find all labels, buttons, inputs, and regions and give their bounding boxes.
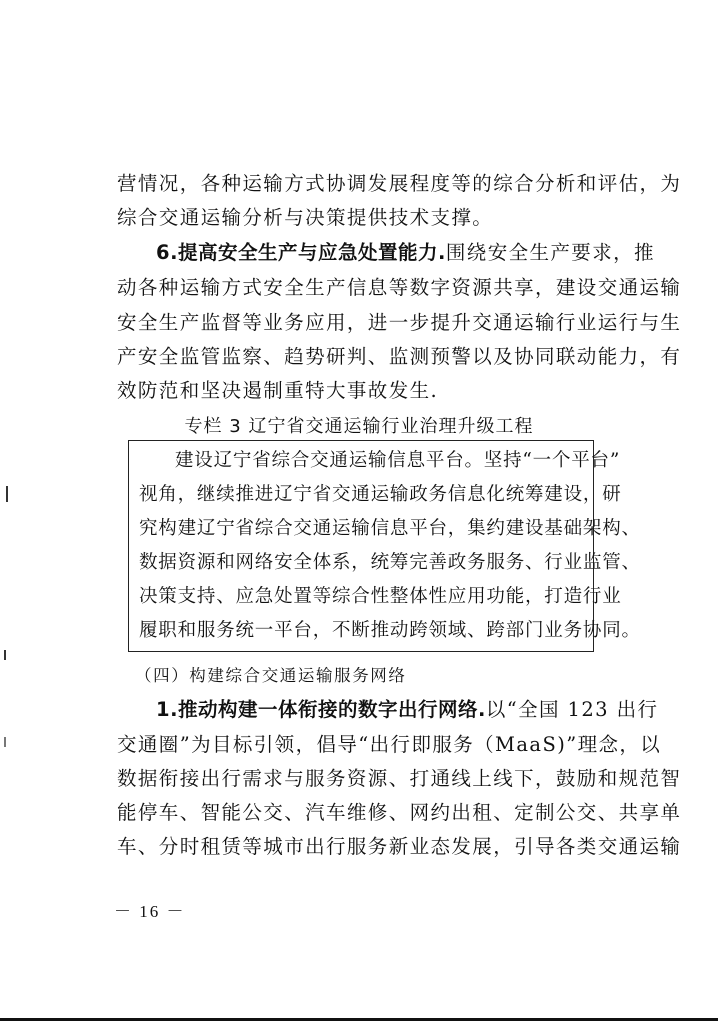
paragraph-line: 数据衔接出行需求与服务资源、打通线上线下，鼓励和规范智 <box>117 767 602 791</box>
section-1-text: 以“全国 123 出行 <box>486 698 659 721</box>
box-title: 专栏 3 辽宁省交通运输行业治理升级工程 <box>0 412 718 438</box>
section-6-text: 围绕安全生产要求，推 <box>446 241 655 264</box>
paragraph-line: 产安全监管监察、趋势研判、监测预警以及协同联动能力，有 <box>117 345 602 369</box>
page-number: － 16 － <box>114 897 186 922</box>
section-1-heading: 1.推动构建一体衔接的数字出行网络. <box>156 698 486 721</box>
paragraph-line: 交通圈”为目标引领，倡导“出行即服务（MaaS)”理念，以 <box>117 733 602 757</box>
feature-box: 建设辽宁省综合交通运输信息平台。坚持“一个平台” 视角，继续推进辽宁省交通运输政… <box>128 440 594 652</box>
section-6-first-line: 6.提高安全生产与应急处置能力.围绕安全生产要求，推 <box>117 241 602 265</box>
binding-mark <box>6 486 8 502</box>
subsection-heading: （四）构建综合交通运输服务网络 <box>135 662 407 686</box>
paragraph-line: 能停车、智能公交、汽车维修、网约出租、定制公交、共享单 <box>117 801 602 825</box>
paragraph-line: 效防范和坚决遏制重特大事故发生. <box>117 379 602 403</box>
box-line: 履职和服务统一平台，不断推动跨领域、跨部门业务协同。 <box>139 619 585 643</box>
paragraph-line: 综合交通运输分析与决策提供技术支撑。 <box>117 206 602 230</box>
section-1-first-line: 1.推动构建一体衔接的数字出行网络.以“全国 123 出行 <box>117 698 602 722</box>
paragraph-line: 车、分时租赁等城市出行服务新业态发展，引导各类交通运输 <box>117 835 602 859</box>
box-line: 数据资源和网络安全体系，统筹完善政务服务、行业监管、 <box>139 551 585 575</box>
paragraph-line: 安全生产监督等业务应用，进一步提升交通运输行业运行与生 <box>117 311 602 335</box>
binding-mark <box>4 737 6 747</box>
binding-mark <box>4 650 6 660</box>
paragraph-line: 营情况，各种运输方式协调发展程度等的综合分析和评估，为 <box>117 172 602 196</box>
section-6-heading: 6.提高安全生产与应急处置能力. <box>156 241 446 264</box>
paragraph-line: 动各种运输方式安全生产信息等数字资源共享，建设交通运输 <box>117 276 602 300</box>
box-line: 视角，继续推进辽宁省交通运输政务信息化统筹建设，研 <box>139 483 585 507</box>
box-line: 决策支持、应急处置等综合性整体性应用功能，打造行业 <box>139 585 585 609</box>
box-line: 建设辽宁省综合交通运输信息平台。坚持“一个平台” <box>139 449 585 473</box>
box-line: 究构建辽宁省综合交通运输信息平台，集约建设基础架构、 <box>139 517 585 541</box>
